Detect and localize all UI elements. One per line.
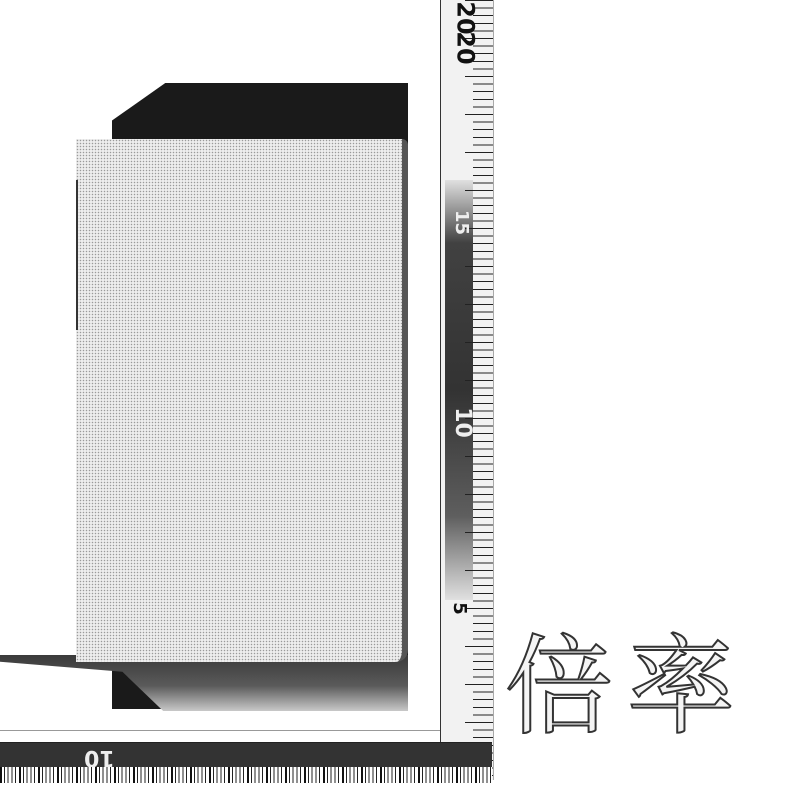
magnification-label: 倍率 (505, 628, 749, 748)
object-shadow-bottom (0, 655, 408, 711)
ruler-major-ticks (465, 0, 493, 780)
ruler-number-5: 5 (449, 602, 470, 615)
vertical-ruler: 20 20 15 10 5 (440, 0, 494, 780)
baseline-divider (0, 730, 440, 731)
object-left-edge (76, 180, 78, 330)
object-textured-face (76, 139, 408, 662)
ruler-number-15: 15 (451, 210, 472, 235)
ruler-number-10: 10 (450, 407, 475, 438)
ruler-number-20-alt: 20 (452, 31, 480, 64)
ruler-bottom-major-ticks (0, 767, 492, 783)
horizontal-ruler: 10 (0, 742, 492, 783)
ruler-number-20: 20 (452, 1, 480, 34)
